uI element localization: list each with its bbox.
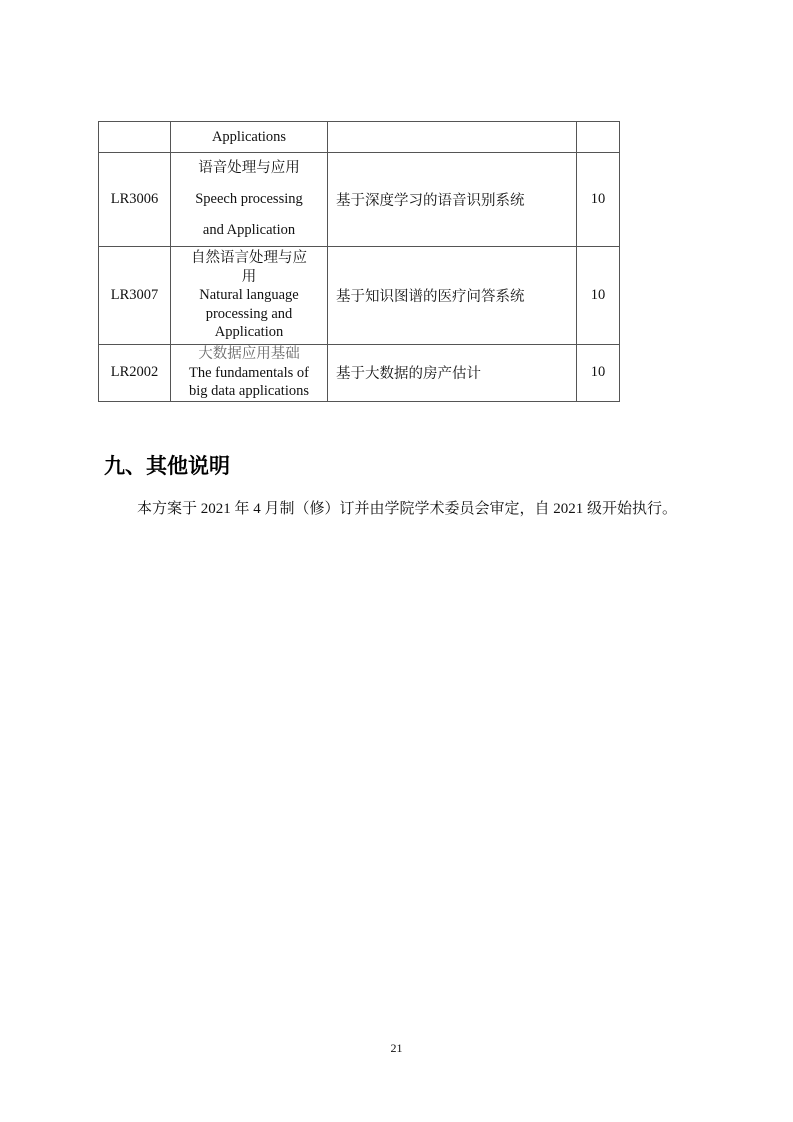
table-row: LR3006 语音处理与应用 Speech processing and App… — [99, 153, 620, 247]
credits-cell: 10 — [577, 345, 620, 402]
course-name-line: Application — [175, 323, 323, 342]
course-name-line: Speech processing — [175, 184, 323, 215]
course-name-line: 用 — [175, 268, 323, 287]
course-name-cell: 自然语言处理与应 用 Natural language processing a… — [171, 247, 328, 345]
course-code-cell: LR3007 — [99, 247, 171, 345]
section-paragraph: 本方案于 2021 年 4 月制（修）订并由学院学术委员会审定，自 2021 级… — [137, 497, 677, 518]
table-row: LR2002 大数据应用基础 The fundamentals of big d… — [99, 345, 620, 402]
course-name-line: 语音处理与应用 — [175, 153, 323, 184]
credits-cell — [577, 122, 620, 153]
course-project-table: Applications LR3006 语音处理与应用 Speech proce… — [98, 121, 620, 402]
course-name-line: processing and — [175, 305, 323, 324]
course-name-line: big data applications — [175, 382, 323, 401]
course-name-line: 自然语言处理与应 — [175, 249, 323, 268]
project-cell: 基于深度学习的语音识别系统 — [328, 153, 577, 247]
project-cell: 基于大数据的房产估计 — [328, 345, 577, 402]
course-name-line: and Application — [175, 215, 323, 246]
course-name-cell: Applications — [171, 122, 328, 153]
course-name-cell: 大数据应用基础 The fundamentals of big data app… — [171, 345, 328, 402]
page-number: 21 — [0, 1041, 793, 1056]
course-name-line: 大数据应用基础 — [175, 345, 323, 364]
project-cell: 基于知识图谱的医疗问答系统 — [328, 247, 577, 345]
course-name-line: The fundamentals of — [175, 364, 323, 383]
credits-cell: 10 — [577, 153, 620, 247]
course-name-line: Applications — [175, 129, 323, 146]
course-name-line: Natural language — [175, 286, 323, 305]
credits-cell: 10 — [577, 247, 620, 345]
table-row: Applications — [99, 122, 620, 153]
course-code-cell: LR2002 — [99, 345, 171, 402]
table-row: LR3007 自然语言处理与应 用 Natural language proce… — [99, 247, 620, 345]
course-code-cell — [99, 122, 171, 153]
course-name-cell: 语音处理与应用 Speech processing and Applicatio… — [171, 153, 328, 247]
section-heading: 九、其他说明 — [104, 450, 230, 480]
project-cell — [328, 122, 577, 153]
course-code-cell: LR3006 — [99, 153, 171, 247]
